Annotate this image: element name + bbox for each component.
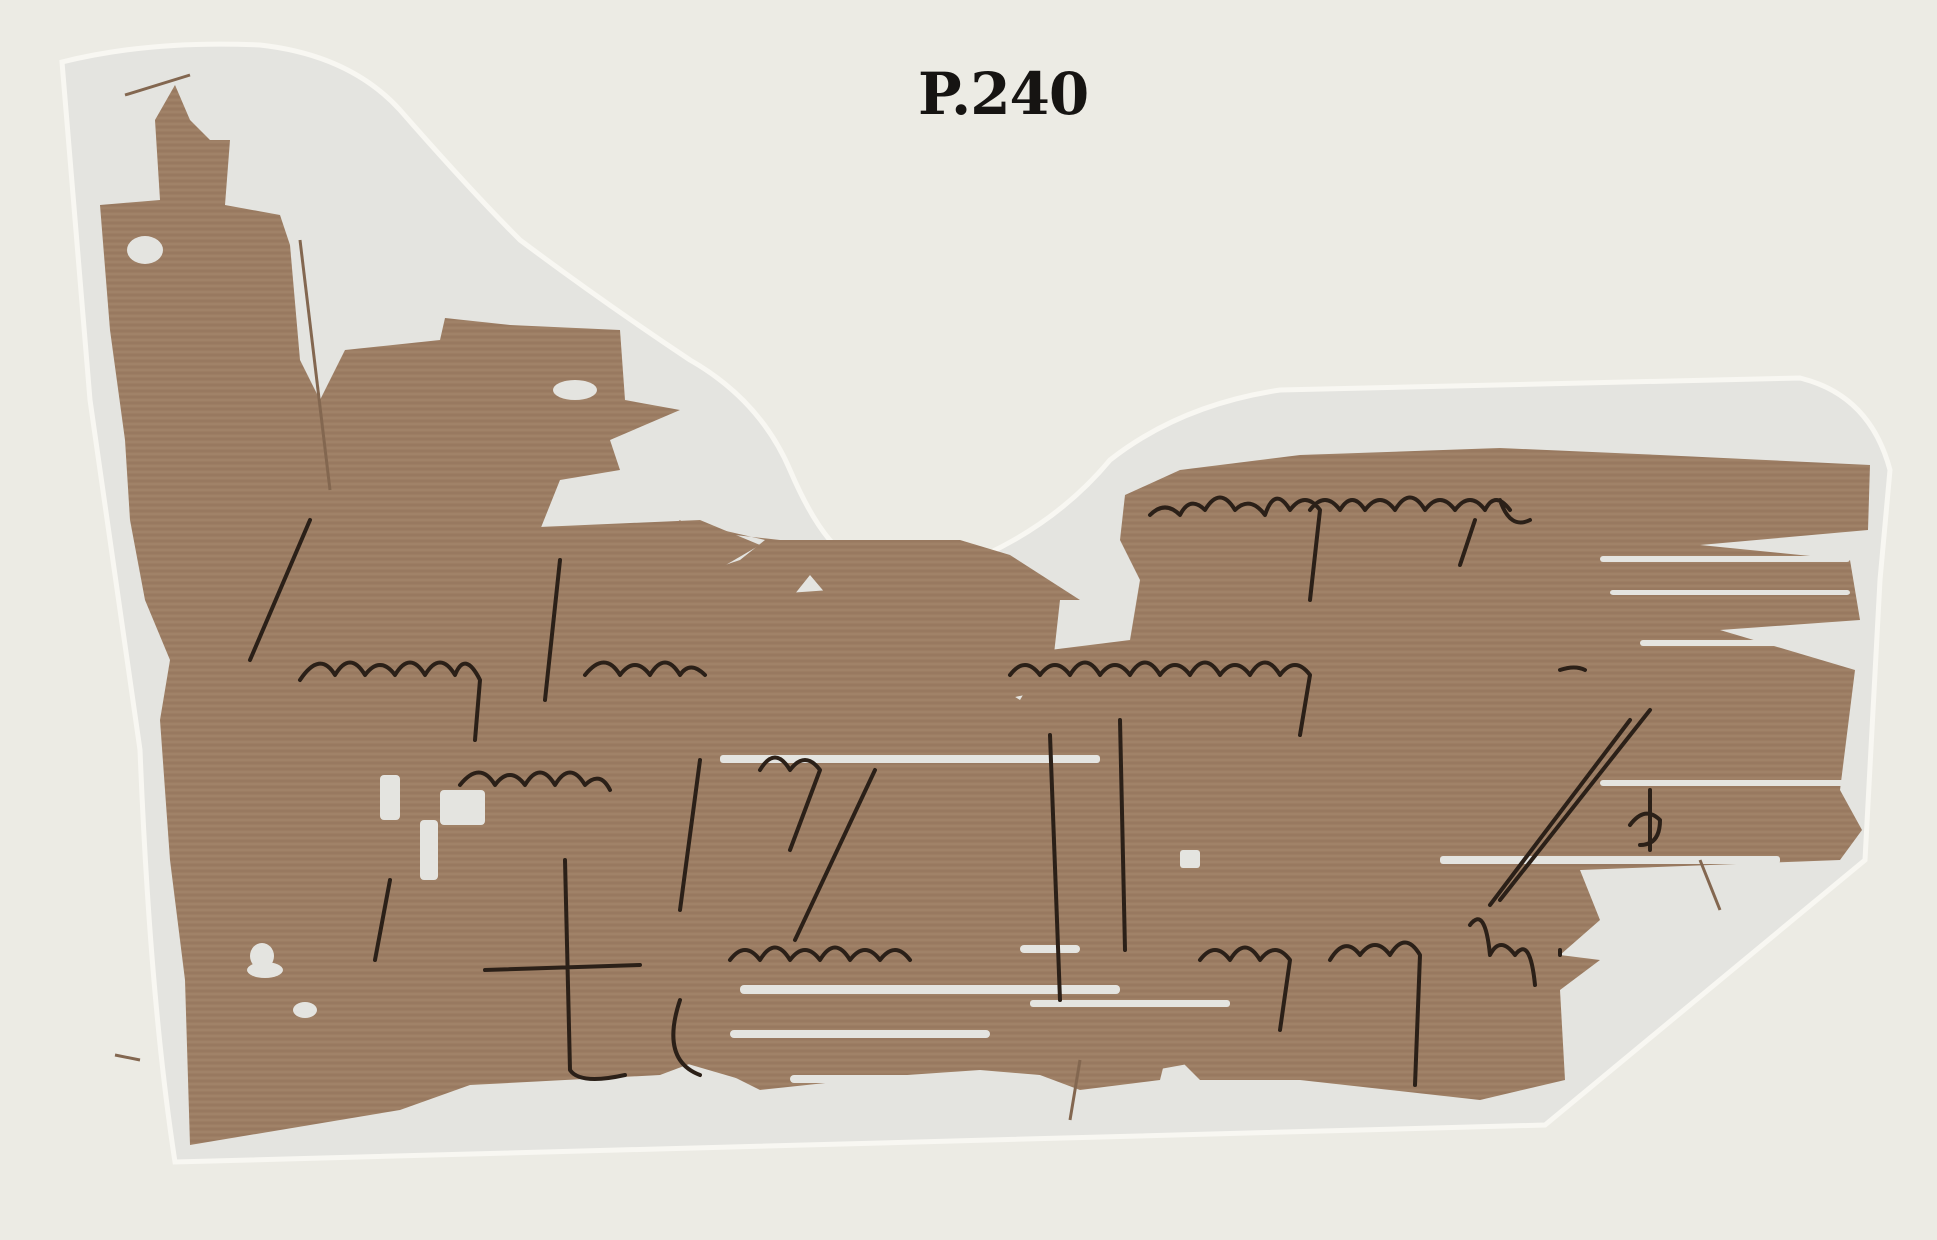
- papyrus-photo: P.240: [0, 0, 1937, 1240]
- catalog-label: P.240: [918, 60, 1078, 128]
- papyrus-illustration: [0, 0, 1937, 1240]
